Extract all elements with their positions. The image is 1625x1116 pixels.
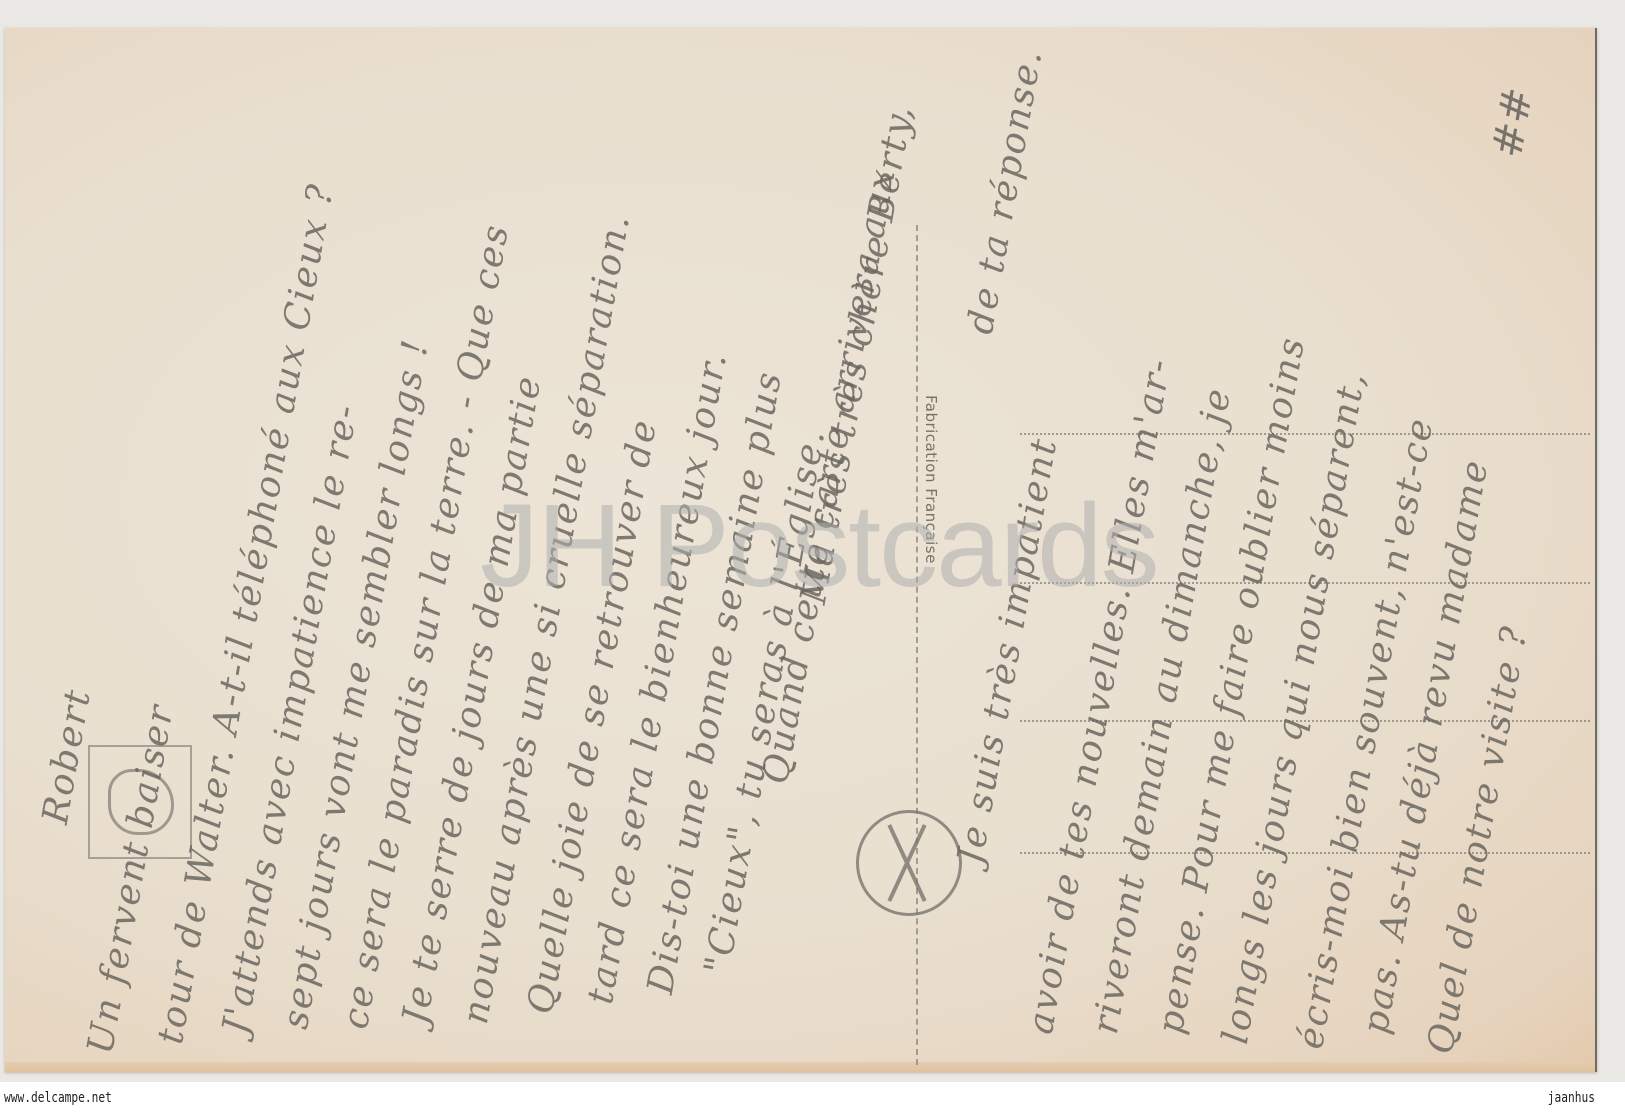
- card-bottom-edge: [5, 1062, 1595, 1072]
- publisher-emblem-icon: [856, 810, 962, 916]
- footer-bar: www.delcampe.net jaanhus: [0, 1082, 1625, 1116]
- address-line-4: [1020, 852, 1590, 854]
- watermark: JH Postcards: [480, 478, 1158, 614]
- center-divider-line: [916, 225, 918, 1065]
- footer-seller-name: jaanhus: [1548, 1090, 1595, 1106]
- address-line-1: [1020, 433, 1590, 435]
- footer-site-link[interactable]: www.delcampe.net: [4, 1090, 112, 1106]
